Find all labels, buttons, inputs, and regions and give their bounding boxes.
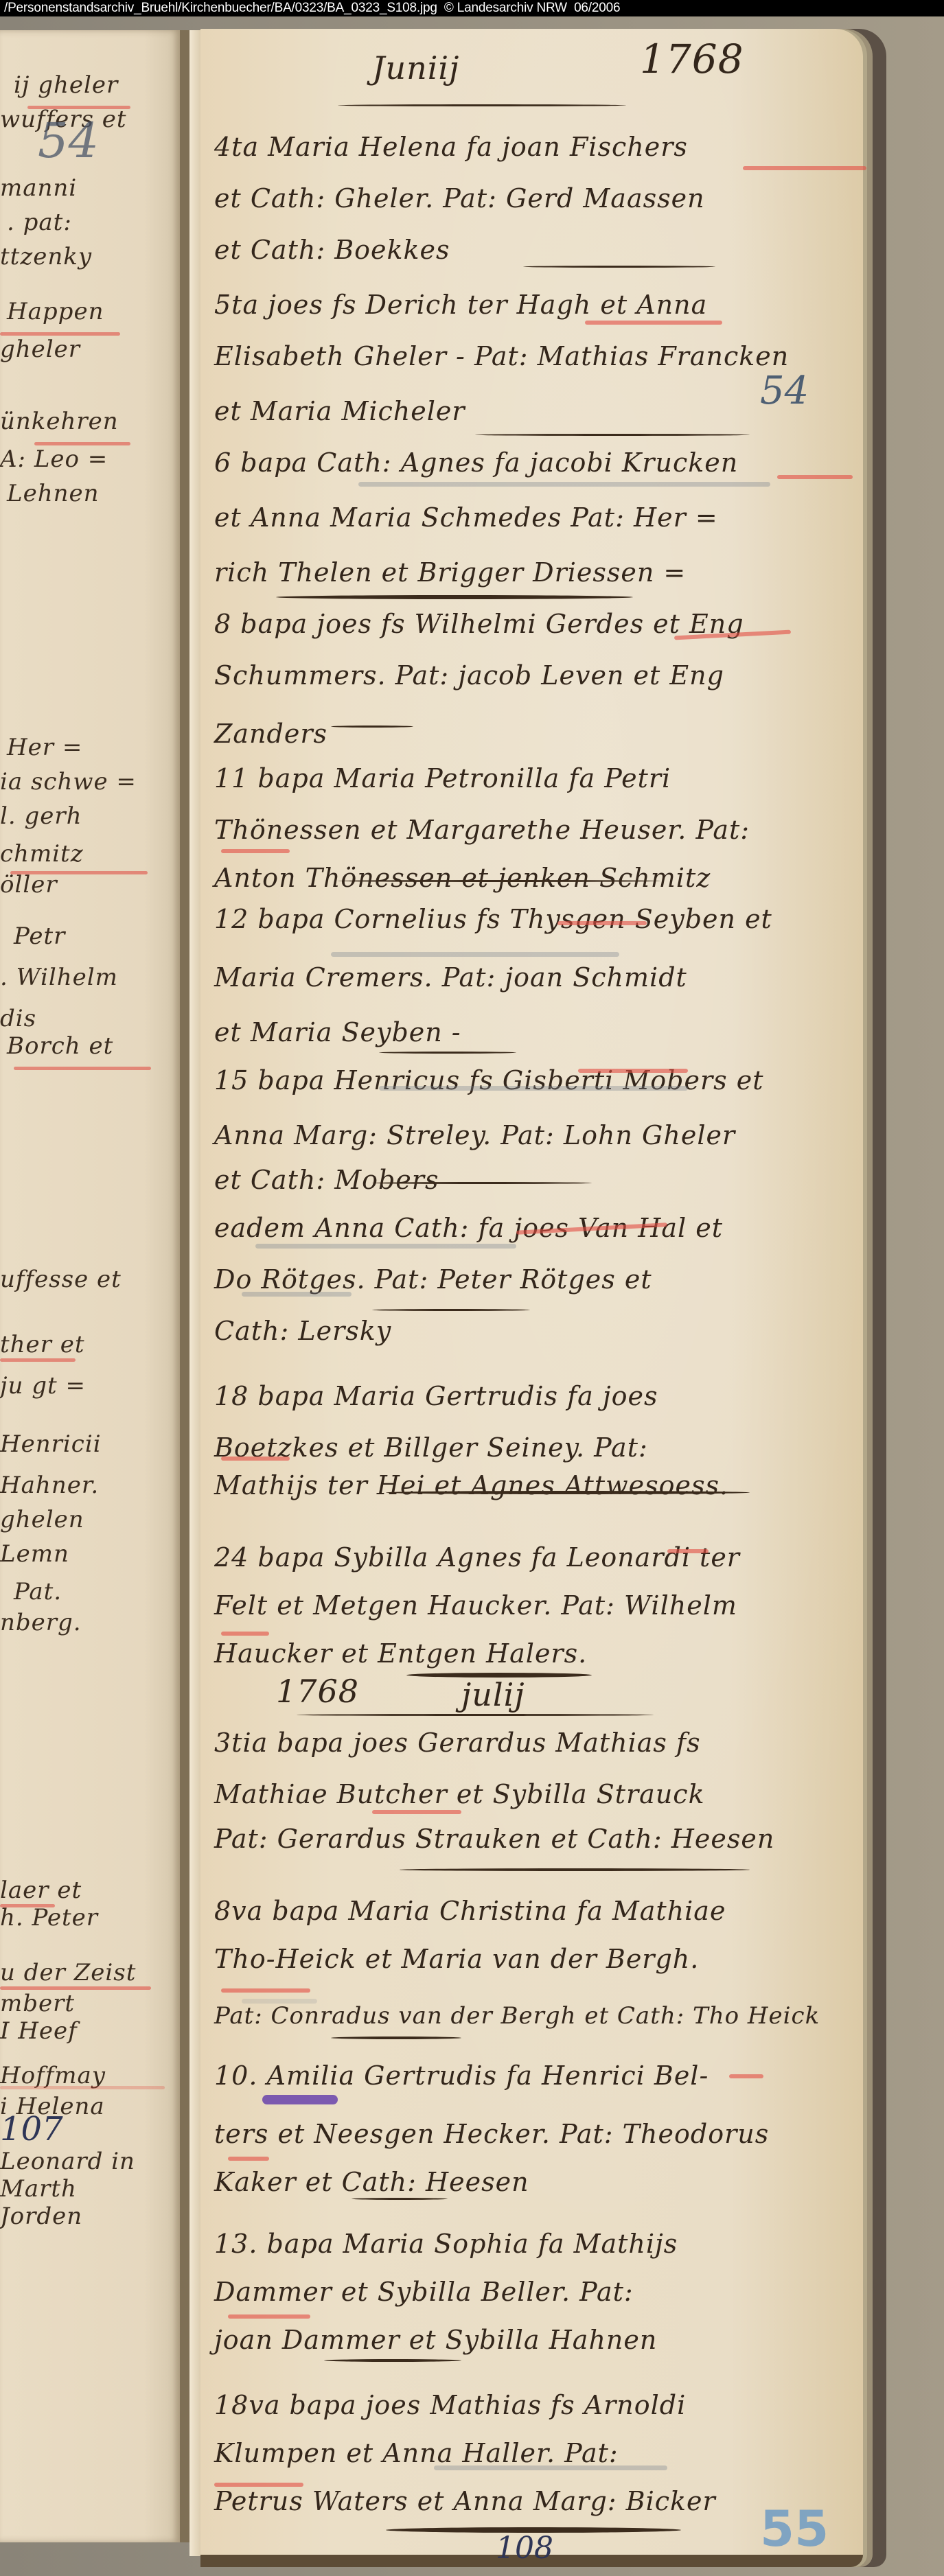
year-heading: 1768 xyxy=(640,36,744,82)
entry-line: Schummers. Pat: jacob Leven et Eng xyxy=(214,660,724,691)
subheading-year: 1768 xyxy=(276,1673,359,1710)
entry-line: 24 bapa Sybilla Agnes fa Leonardi ter xyxy=(214,1542,740,1573)
entry-line: Pat: Conradus van der Bergh et Cath: Tho… xyxy=(214,2002,820,2030)
entry-line: Dammer et Sybilla Beller. Pat: xyxy=(214,2277,634,2307)
entry-line: ters et Neesgen Hecker. Pat: Theodorus xyxy=(214,2119,769,2149)
left-fragment: laer et xyxy=(0,1877,82,1904)
scanned-register-image: ij gheler wuffers et 54 manni . pat: ttz… xyxy=(0,16,944,2576)
left-fragment: ju gt = xyxy=(0,1372,86,1400)
entry-line: rich Thelen et Brigger Driessen = xyxy=(214,557,686,588)
entry-line: 4ta Maria Helena fa joan Fischers xyxy=(214,132,688,162)
left-page-fragment: ij gheler wuffers et 54 manni . pat: ttz… xyxy=(0,30,189,2542)
left-fragment: Marth xyxy=(0,2175,77,2203)
left-fragment: Borch et xyxy=(7,1032,113,1060)
entry-line: 10. Amilia Gertrudis fa Henrici Bel- xyxy=(214,2061,709,2091)
left-fragment: h. Peter xyxy=(0,1904,98,1931)
pencil-number: 54 xyxy=(38,113,99,169)
entry-line: eadem Anna Cath: fa joes Van Hal et xyxy=(214,1213,723,1243)
left-fragment: u der Zeist xyxy=(0,1959,136,1986)
left-fragment: mbert xyxy=(0,1990,75,2017)
left-fragment: ij gheler xyxy=(14,71,118,99)
file-info-bar: /Personenstandsarchiv_Bruehl/Kirchenbuec… xyxy=(0,0,944,16)
blue-crayon-count: 55 xyxy=(760,2500,829,2557)
entry-line: Elisabeth Gheler - Pat: Mathias Francken xyxy=(214,341,789,371)
left-fragment: manni xyxy=(0,174,77,202)
left-fragment: Lehnen xyxy=(7,480,100,507)
left-fragment: Henricii xyxy=(0,1430,102,1458)
entry-line: 11 bapa Maria Petronilla fa Petri xyxy=(214,763,671,793)
entry-line: Mathiae Butcher et Sybilla Strauck xyxy=(214,1779,705,1809)
entry-line: 3tia bapa joes Gerardus Mathias fs xyxy=(214,1728,701,1758)
entry-line: Maria Cremers. Pat: joan Schmidt xyxy=(214,962,687,993)
left-fragment: ther et xyxy=(0,1331,85,1358)
left-fragment: . pat: xyxy=(7,209,72,236)
entry-line: Mathijs ter Hei et Agnes Attwesoess. xyxy=(214,1470,728,1500)
left-fragment: dis xyxy=(0,1005,36,1032)
left-fragment: Pat. xyxy=(14,1578,62,1605)
entry-line: Klumpen et Anna Haller. Pat: xyxy=(214,2438,619,2468)
entry-line: Anna Marg: Streley. Pat: Lohn Gheler xyxy=(214,1120,735,1150)
left-fragment: Leonard in xyxy=(0,2148,135,2175)
subheading-month: julij xyxy=(461,1676,525,1713)
entry-line: Felt et Metgen Haucker. Pat: Wilhelm xyxy=(214,1590,737,1621)
entry-line: 18 bapa Maria Gertrudis fa joes xyxy=(214,1381,658,1411)
page-number: 108 xyxy=(496,2531,553,2566)
entry-line: Cath: Lersky xyxy=(214,1316,391,1346)
entry-line: Tho-Heick et Maria van der Bergh. xyxy=(214,1944,699,1974)
entry-line: Thönessen et Margarethe Heuser. Pat: xyxy=(214,815,750,845)
entry-line: et Maria Seyben - xyxy=(214,1017,461,1047)
left-fragment: Petr xyxy=(14,923,65,950)
left-fragment: ia schwe = xyxy=(0,768,137,796)
month-heading: Juniij xyxy=(372,49,459,86)
entry-line: 12 bapa Cornelius fs Thysgen Seyben et xyxy=(214,904,772,934)
left-fragment: Jorden xyxy=(0,2203,82,2230)
book-gutter xyxy=(189,30,200,2556)
register-page: Juniij 1768 4ta Maria Helena fa joan Fis… xyxy=(200,29,863,2567)
left-fragment: Hoffmay xyxy=(0,2062,106,2089)
entry-line: 6 bapa Cath: Agnes fa jacobi Krucken xyxy=(214,448,738,478)
left-fragment: A: Leo = xyxy=(0,445,108,473)
left-fragment: . Wilhelm xyxy=(0,964,118,991)
entry-line: Anton Thönessen et jenken Schmitz xyxy=(214,863,711,893)
entry-line: joan Dammer et Sybilla Hahnen xyxy=(214,2325,657,2355)
entry-line: Do Rötges. Pat: Peter Rötges et xyxy=(214,1264,652,1295)
entry-line: 18va bapa joes Mathias fs Arnoldi xyxy=(214,2390,686,2420)
entry-line: et Cath: Mobers xyxy=(214,1165,439,1195)
left-fragment: Hahner. xyxy=(0,1472,99,1499)
left-fragment: uffesse et xyxy=(0,1266,122,1293)
left-fragment: ghelen xyxy=(0,1506,84,1533)
pencil-count: 54 xyxy=(760,369,809,413)
left-fragment: ünkehren xyxy=(0,408,119,435)
entry-line: 8va bapa Maria Christina fa Mathiae xyxy=(214,1896,726,1926)
left-fragment: gheler xyxy=(0,336,80,363)
entry-line: Petrus Waters et Anna Marg: Bicker xyxy=(214,2486,716,2516)
entry-line: Kaker et Cath: Heesen xyxy=(214,2167,529,2197)
entry-line: 8 bapa joes fs Wilhelmi Gerdes et Eng xyxy=(214,609,744,639)
left-fragment: Happen xyxy=(7,298,104,325)
copyright-notice: © Landesarchiv NRW 06/2006 xyxy=(444,1,620,15)
left-fragment: l. gerh xyxy=(0,802,82,830)
entry-line: 5ta joes fs Derich ter Hagh et Anna xyxy=(214,290,707,320)
entry-line: Zanders xyxy=(214,719,327,749)
entry-line: 13. bapa Maria Sophia fa Mathijs xyxy=(214,2229,678,2259)
entry-line: et Anna Maria Schmedes Pat: Her = xyxy=(214,502,718,533)
left-fragment: öller xyxy=(0,871,58,898)
entry-line: Haucker et Entgen Halers. xyxy=(214,1638,587,1669)
left-fragment: I Heef xyxy=(0,2017,78,2045)
left-fragment: chmitz xyxy=(0,840,84,868)
entry-line: et Cath: Gheler. Pat: Gerd Maassen xyxy=(214,183,705,213)
file-path: /Personenstandsarchiv_Bruehl/Kirchenbuec… xyxy=(4,1,437,15)
left-fragment: nberg. xyxy=(0,1609,82,1636)
left-page-number: 107 xyxy=(0,2110,63,2148)
left-fragment: Her = xyxy=(7,734,82,761)
left-fragment: ttzenky xyxy=(0,243,92,270)
entry-line: Pat: Gerardus Strauken et Cath: Heesen xyxy=(214,1824,774,1854)
entry-line: et Cath: Boekkes xyxy=(214,235,450,265)
left-fragment: Lemn xyxy=(0,1540,69,1568)
entry-line: et Maria Micheler xyxy=(214,396,465,426)
